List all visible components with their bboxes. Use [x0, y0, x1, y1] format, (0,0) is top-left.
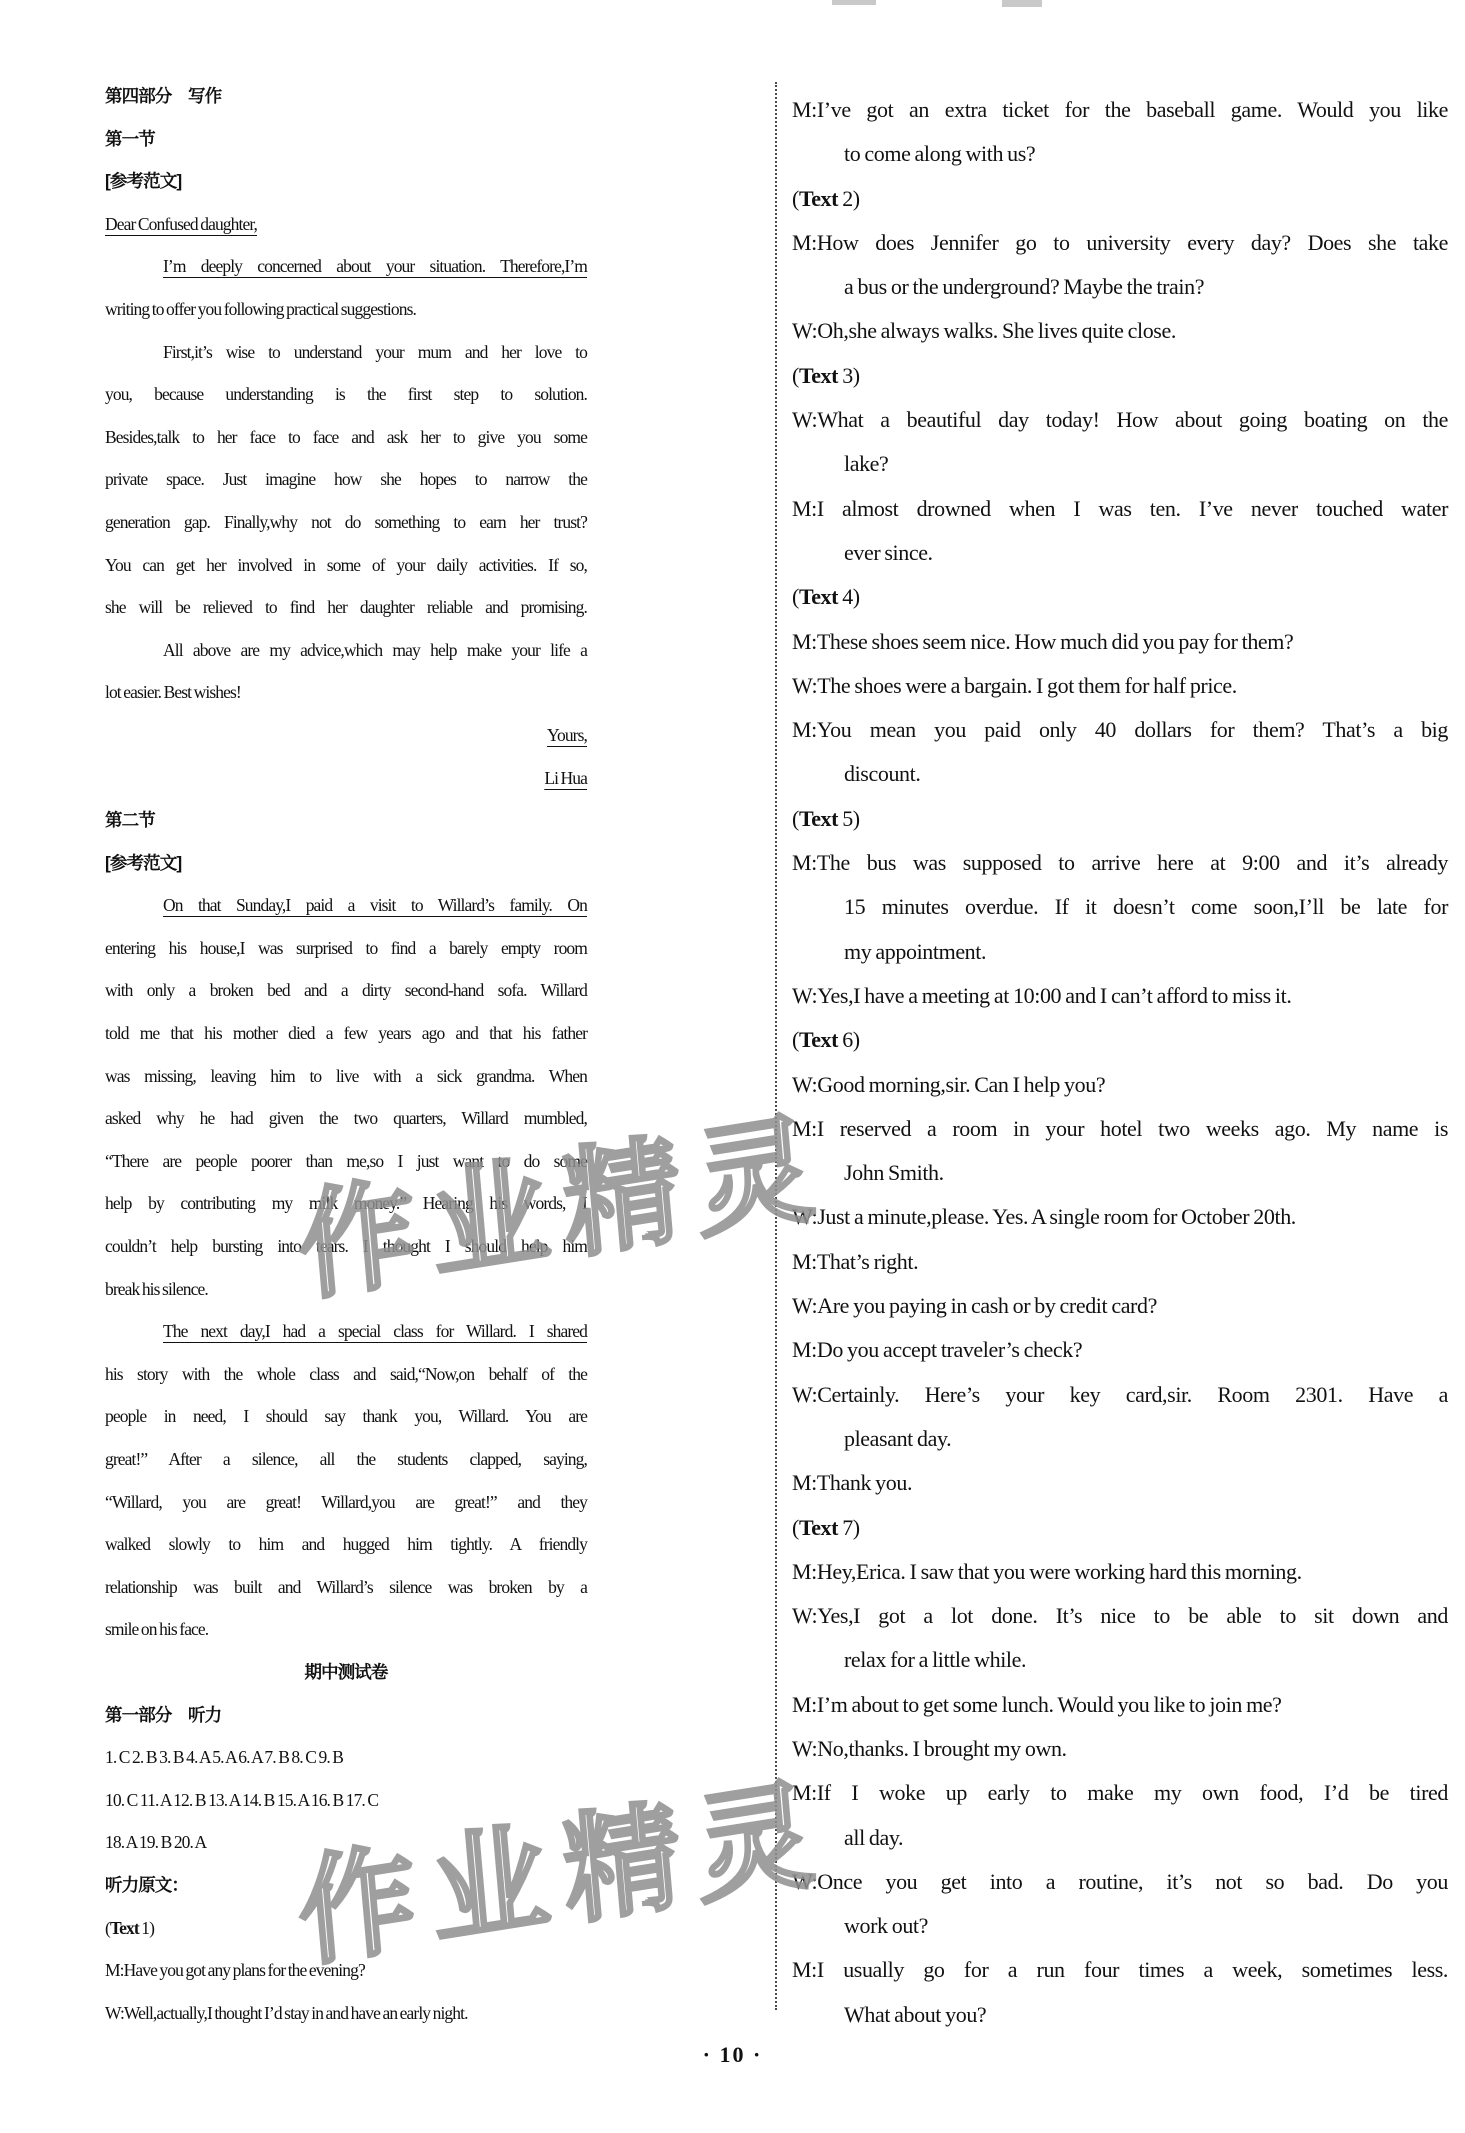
- text-line: M:These shoes seem nice. How much did yo…: [792, 620, 1448, 664]
- text-line: entering his house,I was surprised to fi…: [105, 927, 587, 970]
- text-line: M:I usually go for a run four times a we…: [792, 1948, 1448, 1992]
- text-line: smile on his face.: [105, 1608, 587, 1651]
- text4-label: (Text 4): [792, 575, 1448, 619]
- text-line: lot easier. Best wishes!: [105, 671, 587, 714]
- text-line: told me that his mother died a few years…: [105, 1012, 587, 1055]
- text-line: M:Hey,Erica. I saw that you were working…: [792, 1550, 1448, 1594]
- text-line: On that Sunday,I paid a visit to Willard…: [105, 884, 587, 927]
- reference-essay-label-1: [参考范文]: [105, 160, 587, 203]
- text-line: walked slowly to him and hugged him tigh…: [105, 1523, 587, 1566]
- text-line: W:The shoes were a bargain. I got them f…: [792, 664, 1448, 708]
- part4-writing-heading: 第四部分 写作: [105, 75, 587, 118]
- text-line: help by contributing my milk money.” Hea…: [105, 1182, 587, 1225]
- text-line: to come along with us?: [792, 132, 1448, 176]
- answer-row-2: 10. C 11. A 12. B 13. A 14. B 15. A 16. …: [105, 1779, 587, 1822]
- transcript-label: 听力原文：: [105, 1864, 587, 1907]
- scan-artifact: [1002, 0, 1042, 7]
- text-line: asked why he had given the two quarters,…: [105, 1097, 587, 1140]
- scan-artifact: [832, 0, 876, 5]
- text-line: M:Have you got any plans for the evening…: [105, 1949, 587, 1992]
- text-line: writing to offer you following practical…: [105, 288, 587, 331]
- text-line: M:You mean you paid only 40 dollars for …: [792, 708, 1448, 752]
- text-line: W:Once you get into a routine, it’s not …: [792, 1860, 1448, 1904]
- text7-label: (Text 7): [792, 1506, 1448, 1550]
- text-line: First,it’s wise to understand your mum a…: [105, 331, 587, 374]
- text5-label: (Text 5): [792, 797, 1448, 841]
- text1-label: (Text 1): [105, 1907, 587, 1950]
- text-line: The next day,I had a special class for W…: [105, 1310, 587, 1353]
- text-line: all day.: [792, 1816, 1448, 1860]
- text-line: M:Thank you.: [792, 1461, 1448, 1505]
- text-line: M:I reserved a room in your hotel two we…: [792, 1107, 1448, 1151]
- page-number: · 10 ·: [0, 2042, 1465, 2068]
- text-line: private space. Just imagine how she hope…: [105, 458, 587, 501]
- text-line: she will be relieved to find her daughte…: [105, 586, 587, 629]
- part1-listening-heading: 第一部分 听力: [105, 1694, 587, 1737]
- text-line: work out?: [792, 1904, 1448, 1948]
- column-divider: [775, 82, 777, 2010]
- text-line: couldn’t help bursting into tears. I tho…: [105, 1225, 587, 1268]
- text-line: W:What a beautiful day today! How about …: [792, 398, 1448, 442]
- text-line: M:I’m about to get some lunch. Would you…: [792, 1683, 1448, 1727]
- text-line: M:That’s right.: [792, 1240, 1448, 1284]
- text-line: M:If I woke up early to make my own food…: [792, 1771, 1448, 1815]
- text-line: M:The bus was supposed to arrive here at…: [792, 841, 1448, 885]
- text-line: W:No,thanks. I brought my own.: [792, 1727, 1448, 1771]
- text-line: M:How does Jennifer go to university eve…: [792, 221, 1448, 265]
- text-line: All above are my advice,which may help m…: [105, 629, 587, 672]
- section1-heading: 第一节: [105, 118, 587, 161]
- text-line: people in need, I should say thank you, …: [105, 1395, 587, 1438]
- text-line: lake?: [792, 442, 1448, 486]
- text-line: “There are people poorer than me,so I ju…: [105, 1140, 587, 1183]
- text-line: relationship was built and Willard’s sil…: [105, 1566, 587, 1609]
- text-line: “Willard, you are great! Willard,you are…: [105, 1481, 587, 1524]
- text3-label: (Text 3): [792, 354, 1448, 398]
- text-line: his story with the whole class and said,…: [105, 1353, 587, 1396]
- reference-essay-label-2: [参考范文]: [105, 842, 587, 885]
- text-line: my appointment.: [792, 930, 1448, 974]
- text-line: break his silence.: [105, 1268, 587, 1311]
- text-line: was missing, leaving him to live with a …: [105, 1055, 587, 1098]
- text-line: W:Well,actually,I thought I’d stay in an…: [105, 1992, 587, 2035]
- text-line: What about you?: [792, 1993, 1448, 2037]
- text-line: W:Yes,I got a lot done. It’s nice to be …: [792, 1594, 1448, 1638]
- letter-closing: Yours,: [105, 714, 587, 757]
- text-line: you, because understanding is the first …: [105, 373, 587, 416]
- scanned-answer-page: 第四部分 写作第一节[参考范文]Dear Confused daughter,I…: [0, 0, 1465, 2133]
- text6-label: (Text 6): [792, 1018, 1448, 1062]
- text-line: M:Do you accept traveler’s check?: [792, 1328, 1448, 1372]
- text-line: W:Are you paying in cash or by credit ca…: [792, 1284, 1448, 1328]
- text-line: M:I almost drowned when I was ten. I’ve …: [792, 487, 1448, 531]
- answer-row-3: 18. A 19. B 20. A: [105, 1821, 587, 1864]
- text-line: discount.: [792, 752, 1448, 796]
- text-line: pleasant day.: [792, 1417, 1448, 1461]
- letter-salutation: Dear Confused daughter,: [105, 203, 587, 246]
- section2-heading: 第二节: [105, 799, 587, 842]
- text-line: 15 minutes overdue. If it doesn’t come s…: [792, 885, 1448, 929]
- text-line: John Smith.: [792, 1151, 1448, 1195]
- text-line: M:I’ve got an extra ticket for the baseb…: [792, 88, 1448, 132]
- right-column: M:I’ve got an extra ticket for the baseb…: [792, 88, 1448, 2037]
- text-line: W:Oh,she always walks. She lives quite c…: [792, 309, 1448, 353]
- text-line: W:Good morning,sir. Can I help you?: [792, 1063, 1448, 1107]
- text-line: I’m deeply concerned about your situatio…: [105, 245, 587, 288]
- text2-label: (Text 2): [792, 177, 1448, 221]
- text-line: great!” After a silence, all the student…: [105, 1438, 587, 1481]
- text-line: You can get her involved in some of your…: [105, 544, 587, 587]
- text-line: Besides,talk to her face to face and ask…: [105, 416, 587, 459]
- text-line: with only a broken bed and a dirty secon…: [105, 969, 587, 1012]
- text-line: W:Certainly. Here’s your key card,sir. R…: [792, 1373, 1448, 1417]
- left-column: 第四部分 写作第一节[参考范文]Dear Confused daughter,I…: [105, 75, 587, 2034]
- answer-row-1: 1. C 2. B 3. B 4. A 5. A 6. A 7. B 8. C …: [105, 1736, 587, 1779]
- text-line: W:Yes,I have a meeting at 10:00 and I ca…: [792, 974, 1448, 1018]
- text-line: generation gap. Finally,why not do somet…: [105, 501, 587, 544]
- midterm-test-title: 期中测试卷: [105, 1651, 587, 1694]
- text-line: W:Just a minute,please. Yes. A single ro…: [792, 1195, 1448, 1239]
- text-line: relax for a little while.: [792, 1638, 1448, 1682]
- text-line: a bus or the underground? Maybe the trai…: [792, 265, 1448, 309]
- letter-signature: Li Hua: [105, 757, 587, 800]
- text-line: ever since.: [792, 531, 1448, 575]
